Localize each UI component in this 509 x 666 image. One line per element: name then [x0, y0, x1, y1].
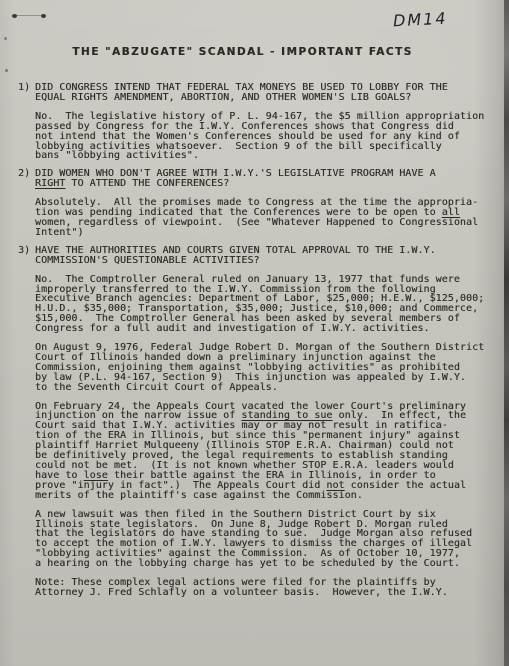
question-number: 1)	[18, 83, 30, 93]
question-line: RIGHT TO ATTEND THE CONFERENCES?	[35, 179, 504, 189]
scan-edge-shadow	[504, 0, 509, 666]
answer-line: women, regardless of viewpoint. (See "Wh…	[35, 218, 504, 228]
answer-line: No. The Comptroller General ruled on Jan…	[35, 275, 504, 285]
answer-line: a hearing on the lobbying charge has yet…	[35, 559, 504, 569]
answer-paragraph: No. The legislative history of P. L. 94-…	[35, 112, 504, 162]
question-text: DID WOMEN WHO DON'T AGREE WITH I.W.Y.'S …	[35, 169, 504, 189]
answer-line: Intent")	[35, 228, 504, 238]
answer-paragraph: A new lawsuit was then filed in the Sout…	[35, 510, 504, 569]
question-line: EQUAL RIGHTS AMENDMENT, ABORTION, AND OT…	[35, 93, 504, 103]
qa-item-3: 3) HAVE THE AUTHORITIES AND COURTS GIVEN…	[18, 246, 504, 598]
answer-paragraph: Absolutely. All the promises made to Con…	[35, 198, 504, 238]
question-text: HAVE THE AUTHORITIES AND COURTS GIVEN TO…	[35, 246, 504, 266]
scan-speck	[5, 69, 8, 72]
question-line: COMMISSION'S QUESTIONABLE ACTIVITIES?	[35, 256, 504, 266]
page-title: THE "ABZUGATE" SCANDAL - IMPORTANT FACTS	[0, 46, 485, 58]
answer-paragraph: On August 9, 1976, Federal Judge Robert …	[35, 343, 504, 393]
answer-line: Attorney J. Fred Schlafly on a volunteer…	[35, 588, 504, 598]
question-number: 2)	[18, 169, 30, 179]
scan-speck	[4, 37, 7, 40]
answer-paragraph: No. The Comptroller General ruled on Jan…	[35, 275, 504, 334]
answer-paragraph: Note: These complex legal actions were f…	[35, 578, 504, 598]
handwritten-mark: DM14	[393, 9, 448, 31]
question-text: DID CONGRESS INTEND THAT FEDERAL TAX MON…	[35, 83, 504, 103]
answer-paragraph: On February 24, the Appeals Court vacate…	[35, 402, 504, 501]
answer-line: bans "lobbying activities".	[35, 151, 504, 161]
answer-line: Congress for a full audit and investigat…	[35, 324, 504, 334]
question-number: 3)	[18, 246, 30, 256]
answer-line: to the Seventh Circuit Court of Appeals.	[35, 383, 504, 393]
answer-line: merits of the plaintiff's case against t…	[35, 491, 504, 501]
staple-mark	[15, 15, 43, 16]
qa-item-2: 2) DID WOMEN WHO DON'T AGREE WITH I.W.Y.…	[18, 169, 504, 237]
scan-speck	[12, 14, 17, 18]
scan-speck	[41, 14, 46, 18]
document-body: 1) DID CONGRESS INTEND THAT FEDERAL TAX …	[18, 83, 504, 606]
qa-item-1: 1) DID CONGRESS INTEND THAT FEDERAL TAX …	[18, 83, 504, 161]
